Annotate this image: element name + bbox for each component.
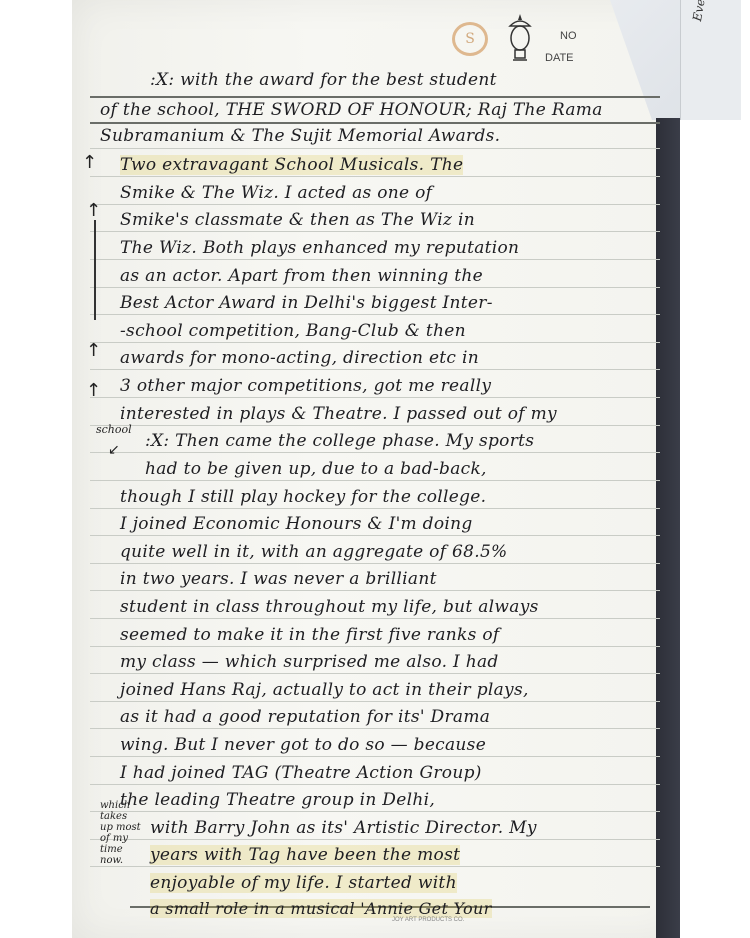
text-line: in two years. I was never a brilliant [120, 569, 437, 589]
text-line: :X: with the award for the best student [150, 70, 497, 90]
text-line: as an actor. Apart from then winning the [120, 266, 483, 286]
notebook-brand: JOY ART PRODUCTS CO. [392, 917, 464, 923]
text-line: as it had a good reputation for its' Dra… [120, 707, 490, 727]
text-line: :X: Then came the college phase. My spor… [145, 431, 534, 451]
text-line: the leading Theatre group in Delhi, [120, 790, 435, 810]
margin-note-side: which takes up most of my time now. [100, 800, 142, 866]
stamp-mark: S [452, 22, 488, 56]
text-line: wing. But I never got to do so — because [120, 735, 486, 755]
text-line: Smike's classmate & then as The Wiz in [120, 210, 475, 230]
text-line: 3 other major competitions, got me reall… [120, 376, 491, 396]
text-line: Smike & The Wiz. I acted as one of [120, 183, 432, 203]
margin-note-school: school [96, 424, 132, 435]
text-line: a small role in a musical 'Annie Get You… [150, 899, 492, 918]
text-line: I had joined TAG (Theatre Action Group) [120, 763, 482, 783]
text-line: Subramanium & The Sujit Memorial Awards. [100, 126, 500, 146]
text-line: of the school, THE SWORD OF HONOUR; Raj … [100, 100, 603, 120]
margin-line [94, 220, 96, 320]
arrow-down-left-icon: ↙ [108, 442, 120, 458]
text-line: with Barry John as its' Artistic Directo… [150, 818, 537, 838]
text-line: enjoyable of my life. I started with [150, 873, 457, 893]
text-line: I joined Economic Honours & I'm doing [120, 514, 473, 534]
text-line: had to be given up, due to a bad-back, [145, 459, 487, 479]
text-line: years with Tag have been the most [150, 845, 460, 865]
text-line: awards for mono-acting, direction etc in [120, 348, 479, 368]
text-line: student in class throughout my life, but… [120, 597, 539, 617]
text-line: joined Hans Raj, actually to act in thei… [120, 680, 529, 700]
text-line: interested in plays & Theatre. I passed … [120, 404, 557, 424]
background-edge [656, 118, 680, 938]
text-line: my class — which surprised me also. I ha… [120, 652, 499, 672]
text-line: Two extravagant School Musicals. The [120, 155, 463, 175]
lantern-logo-icon [505, 12, 535, 64]
arrow-up-icon: ↑ [82, 152, 97, 173]
date-label: DATE [545, 52, 574, 64]
text-line: quite well in it, with an aggregate of 6… [120, 542, 508, 562]
arrow-up-icon: ↑ [86, 340, 101, 361]
text-line: -school competition, Bang-Club & then [120, 321, 466, 341]
text-line: Best Actor Award in Delhi's biggest Inte… [120, 293, 493, 313]
adjacent-page-edge [680, 0, 741, 120]
no-label: NO [560, 30, 577, 42]
arrow-up-icon: ↑ [86, 200, 101, 221]
arrow-up-icon: ↑ [86, 380, 101, 401]
text-line: The Wiz. Both plays enhanced my reputati… [120, 238, 519, 258]
text-line: though I still play hockey for the colle… [120, 487, 486, 507]
text-line: seemed to make it in the first five rank… [120, 625, 500, 645]
